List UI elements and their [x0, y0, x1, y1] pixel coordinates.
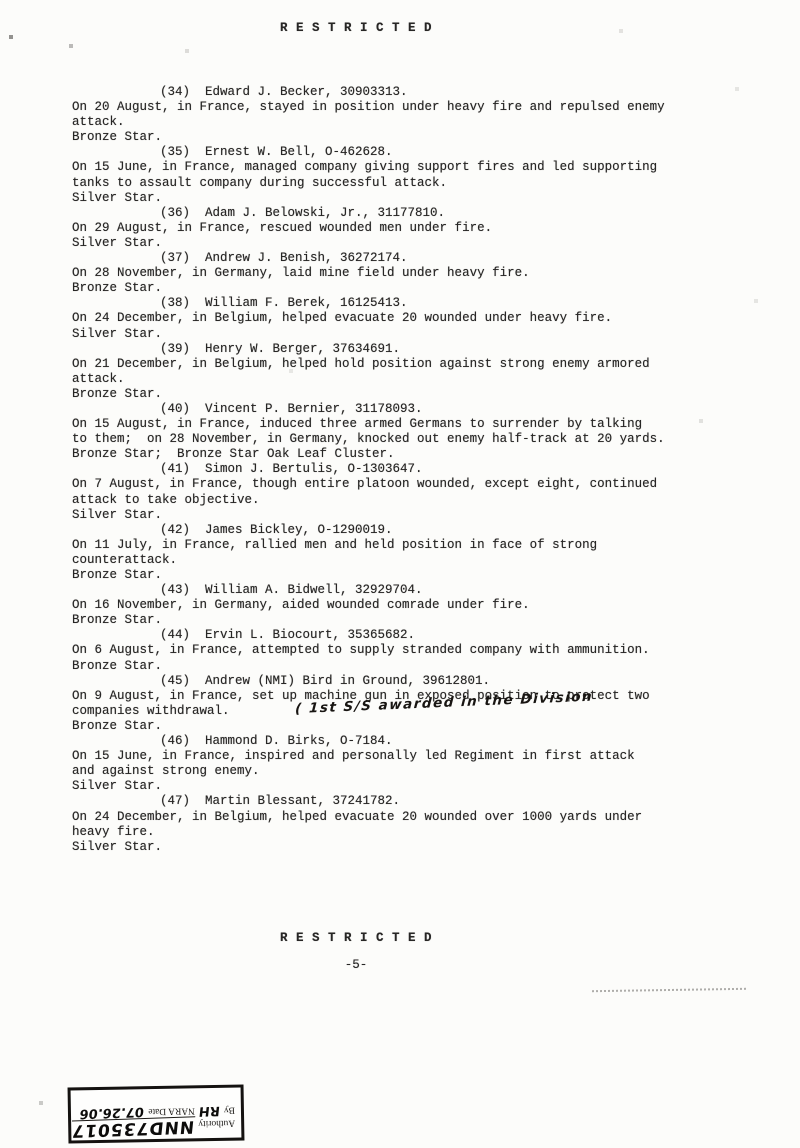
award-line: Silver Star. — [72, 779, 732, 794]
citation-lines: On 15 June, in France, inspired and pers… — [72, 749, 732, 779]
citation-lines: On 15 June, in France, managed company g… — [72, 160, 732, 190]
citation-line: On 6 August, in France, attempted to sup… — [72, 643, 732, 658]
citation-lines: On 15 August, in France, induced three a… — [72, 417, 732, 447]
award-line: Silver Star. — [72, 191, 732, 206]
citation-entry: (35) Ernest W. Bell, O-462628. On 15 Jun… — [72, 145, 732, 205]
stamp-date-label: NARA Date — [148, 1104, 195, 1116]
citation-line: On 20 August, in France, stayed in posit… — [72, 100, 732, 115]
award-line: Silver Star. — [72, 327, 732, 342]
citation-entry: (46) Hammond D. Birks, O-7184. On 15 Jun… — [72, 734, 732, 794]
stamp-authority-label: Authority — [198, 1117, 235, 1129]
citation-line: On 24 December, in Belgium, helped evacu… — [72, 311, 732, 326]
entry-number-line: (39) Henry W. Berger, 37634691. — [72, 342, 732, 357]
award-line: Bronze Star; Bronze Star Oak Leaf Cluste… — [72, 447, 732, 462]
award-line: Bronze Star. — [72, 130, 732, 145]
citation-lines: On 20 August, in France, stayed in posit… — [72, 100, 732, 130]
citation-entry: (36) Adam J. Belowski, Jr., 31177810. On… — [72, 206, 732, 251]
entry-number-line: (34) Edward J. Becker, 30903313. — [72, 85, 732, 100]
stamp-by-label: By — [224, 1104, 235, 1115]
citation-line: On 7 August, in France, though entire pl… — [72, 477, 732, 492]
citation-lines: On 29 August, in France, rescued wounded… — [72, 221, 732, 236]
citation-lines: On 24 December, in Belgium, helped evacu… — [72, 810, 732, 840]
citation-lines: On 16 November, in Germany, aided wounde… — [72, 598, 732, 613]
citation-line: On 15 August, in France, induced three a… — [72, 417, 732, 432]
citation-entry: (43) William A. Bidwell, 32929704. On 16… — [72, 583, 732, 628]
award-line: Bronze Star. — [72, 659, 732, 674]
entry-number-line: (37) Andrew J. Benish, 36272174. — [72, 251, 732, 266]
declassification-stamp: Authority NND735017 By RH NARA Date 07.2… — [68, 1084, 245, 1143]
citation-line: to them; on 28 November, in Germany, kno… — [72, 432, 732, 447]
citation-line: On 28 November, in Germany, laid mine fi… — [72, 266, 732, 281]
entry-number-line: (47) Martin Blessant, 37241782. — [72, 794, 732, 809]
citation-line: On 11 July, in France, rallied men and h… — [72, 538, 732, 553]
page-number: -5- — [0, 958, 712, 973]
citation-line: On 21 December, in Belgium, helped hold … — [72, 357, 732, 372]
citation-entry: (37) Andrew J. Benish, 36272174. On 28 N… — [72, 251, 732, 296]
citation-line: On 15 June, in France, managed company g… — [72, 160, 732, 175]
citation-entry: (40) Vincent P. Bernier, 31178093. On 15… — [72, 402, 732, 462]
citation-line: attack to take objective. — [72, 493, 732, 508]
citation-line: attack. — [72, 372, 732, 387]
award-line: Bronze Star. — [72, 387, 732, 402]
citation-entry: (39) Henry W. Berger, 37634691. On 21 De… — [72, 342, 732, 402]
stamp-by-value: RH — [198, 1104, 220, 1118]
citation-lines: On 28 November, in Germany, laid mine fi… — [72, 266, 732, 281]
citation-list: (34) Edward J. Becker, 30903313. On 20 A… — [72, 85, 732, 855]
entry-number-line: (44) Ervin L. Biocourt, 35365682. — [72, 628, 732, 643]
citation-line: On 15 June, in France, inspired and pers… — [72, 749, 732, 764]
entry-number-line: (41) Simon J. Bertulis, O-1303647. — [72, 462, 732, 477]
entry-number-line: (46) Hammond D. Birks, O-7184. — [72, 734, 732, 749]
award-line: Bronze Star. — [72, 719, 732, 734]
citation-lines: On 11 July, in France, rallied men and h… — [72, 538, 732, 568]
citation-lines: On 7 August, in France, though entire pl… — [72, 477, 732, 507]
award-line: Bronze Star. — [72, 281, 732, 296]
citation-line: and against strong enemy. — [72, 764, 732, 779]
citation-line: On 16 November, in Germany, aided wounde… — [72, 598, 732, 613]
citation-line: On 24 December, in Belgium, helped evacu… — [72, 810, 732, 825]
citation-entry: (38) William F. Berek, 16125413. On 24 D… — [72, 296, 732, 341]
stamp-date-value: 07.26.06 — [79, 1105, 145, 1120]
award-line: Silver Star. — [72, 840, 732, 855]
footer-classification: R E S T R I C T E D — [0, 931, 712, 946]
entry-number-line: (38) William F. Berek, 16125413. — [72, 296, 732, 311]
citation-lines: On 21 December, in Belgium, helped hold … — [72, 357, 732, 387]
citation-lines: On 6 August, in France, attempted to sup… — [72, 643, 732, 658]
citation-entry: (47) Martin Blessant, 37241782. On 24 De… — [72, 794, 732, 854]
citation-line: counterattack. — [72, 553, 732, 568]
award-line: Silver Star. — [72, 508, 732, 523]
citation-line: tanks to assault company during successf… — [72, 176, 732, 191]
entry-number-line: (40) Vincent P. Bernier, 31178093. — [72, 402, 732, 417]
entry-number-line: (35) Ernest W. Bell, O-462628. — [72, 145, 732, 160]
header-classification: R E S T R I C T E D — [0, 21, 712, 36]
citation-entry: (42) James Bickley, O-1290019. On 11 Jul… — [72, 523, 732, 583]
entry-number-line: (43) William A. Bidwell, 32929704. — [72, 583, 732, 598]
citation-entry: (44) Ervin L. Biocourt, 35365682. On 6 A… — [72, 628, 732, 673]
citation-line: On 29 August, in France, rescued wounded… — [72, 221, 732, 236]
citation-line: heavy fire. — [72, 825, 732, 840]
scan-smudge-line — [592, 988, 746, 992]
award-line: Silver Star. — [72, 236, 732, 251]
scan-noise-specks — [0, 0, 2, 2]
entry-number-line: (36) Adam J. Belowski, Jr., 31177810. — [72, 206, 732, 221]
citation-line: attack. — [72, 115, 732, 130]
citation-entry: (34) Edward J. Becker, 30903313. On 20 A… — [72, 85, 732, 145]
award-line: Bronze Star. — [72, 613, 732, 628]
entry-number-line: (42) James Bickley, O-1290019. — [72, 523, 732, 538]
award-line: Bronze Star. — [72, 568, 732, 583]
citation-lines: On 24 December, in Belgium, helped evacu… — [72, 311, 732, 326]
citation-entry: (41) Simon J. Bertulis, O-1303647. On 7 … — [72, 462, 732, 522]
